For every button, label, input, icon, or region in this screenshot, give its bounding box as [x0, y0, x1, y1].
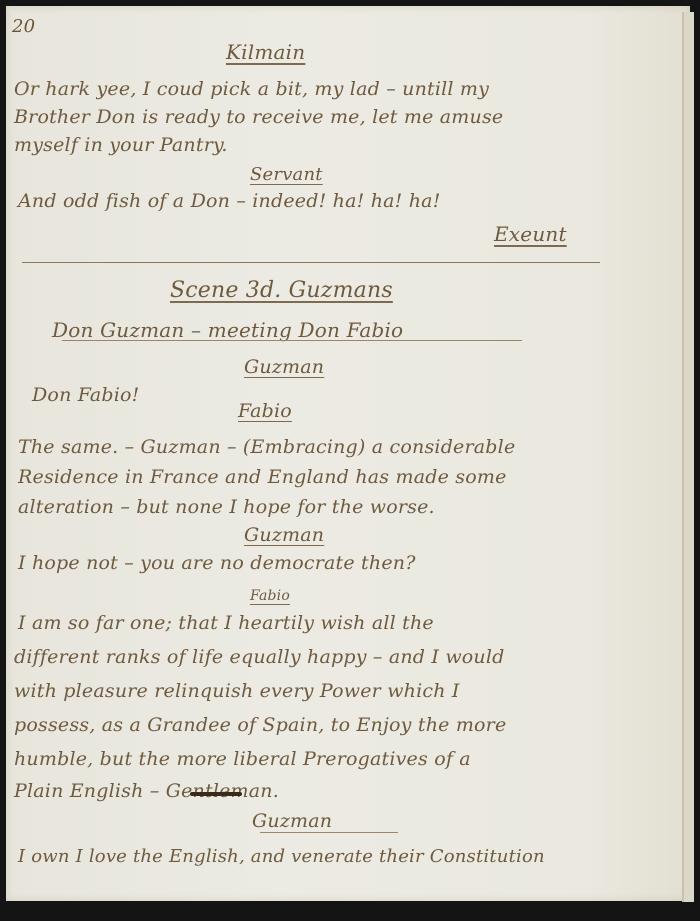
speaker-guzman: Guzman: [244, 356, 324, 378]
dialogue-line: The same. – Guzman – (Embracing) a consi…: [18, 436, 515, 458]
speaker-fabio: Fabio: [250, 588, 290, 604]
speaker-underline: [260, 832, 398, 833]
scene-heading: Scene 3d. Guzmans: [170, 278, 393, 303]
dialogue-line: And odd fish of a Don – indeed! ha! ha! …: [18, 190, 441, 212]
ink-strikethrough: [190, 792, 242, 796]
page-fold: [682, 12, 684, 902]
dialogue-line: possess, as a Grandee of Spain, to Enjoy…: [14, 714, 506, 736]
speaker-servant: Servant: [250, 164, 323, 185]
dialogue-line: Brother Don is ready to receive me, let …: [14, 106, 503, 128]
dialogue-line: Or hark yee, I coud pick a bit, my lad –…: [14, 78, 489, 100]
dialogue-line: different ranks of life equally happy – …: [14, 646, 505, 668]
speaker-kilmain: Kilmain: [226, 40, 305, 64]
speaker-guzman: Guzman: [252, 810, 332, 832]
page-edge: [684, 12, 694, 902]
dialogue-line: I hope not – you are no democrate then?: [18, 552, 416, 574]
dialogue-line: with pleasure relinquish every Power whi…: [14, 680, 460, 702]
dialogue-line: Residence in France and England has made…: [18, 466, 507, 488]
scene-direction-underline: [62, 340, 522, 341]
page-number: 20: [12, 16, 35, 37]
dialogue-line: humble, but the more liberal Prerogative…: [14, 748, 471, 770]
speaker-fabio: Fabio: [238, 400, 292, 422]
dialogue-line: I am so far one; that I heartily wish al…: [18, 612, 434, 634]
scene-divider: [22, 262, 600, 263]
scene-direction: Don Guzman – meeting Don Fabio: [52, 318, 403, 342]
dialogue-line: Plain English – Gentleman.: [14, 780, 279, 802]
speaker-guzman: Guzman: [244, 524, 324, 546]
dialogue-line: Don Fabio!: [32, 384, 139, 406]
dialogue-line: alteration – but none I hope for the wor…: [18, 496, 435, 518]
dialogue-line: myself in your Pantry.: [14, 134, 228, 156]
stage-direction-exeunt: Exeunt: [494, 222, 567, 246]
dialogue-line: I own I love the English, and venerate t…: [18, 846, 545, 867]
